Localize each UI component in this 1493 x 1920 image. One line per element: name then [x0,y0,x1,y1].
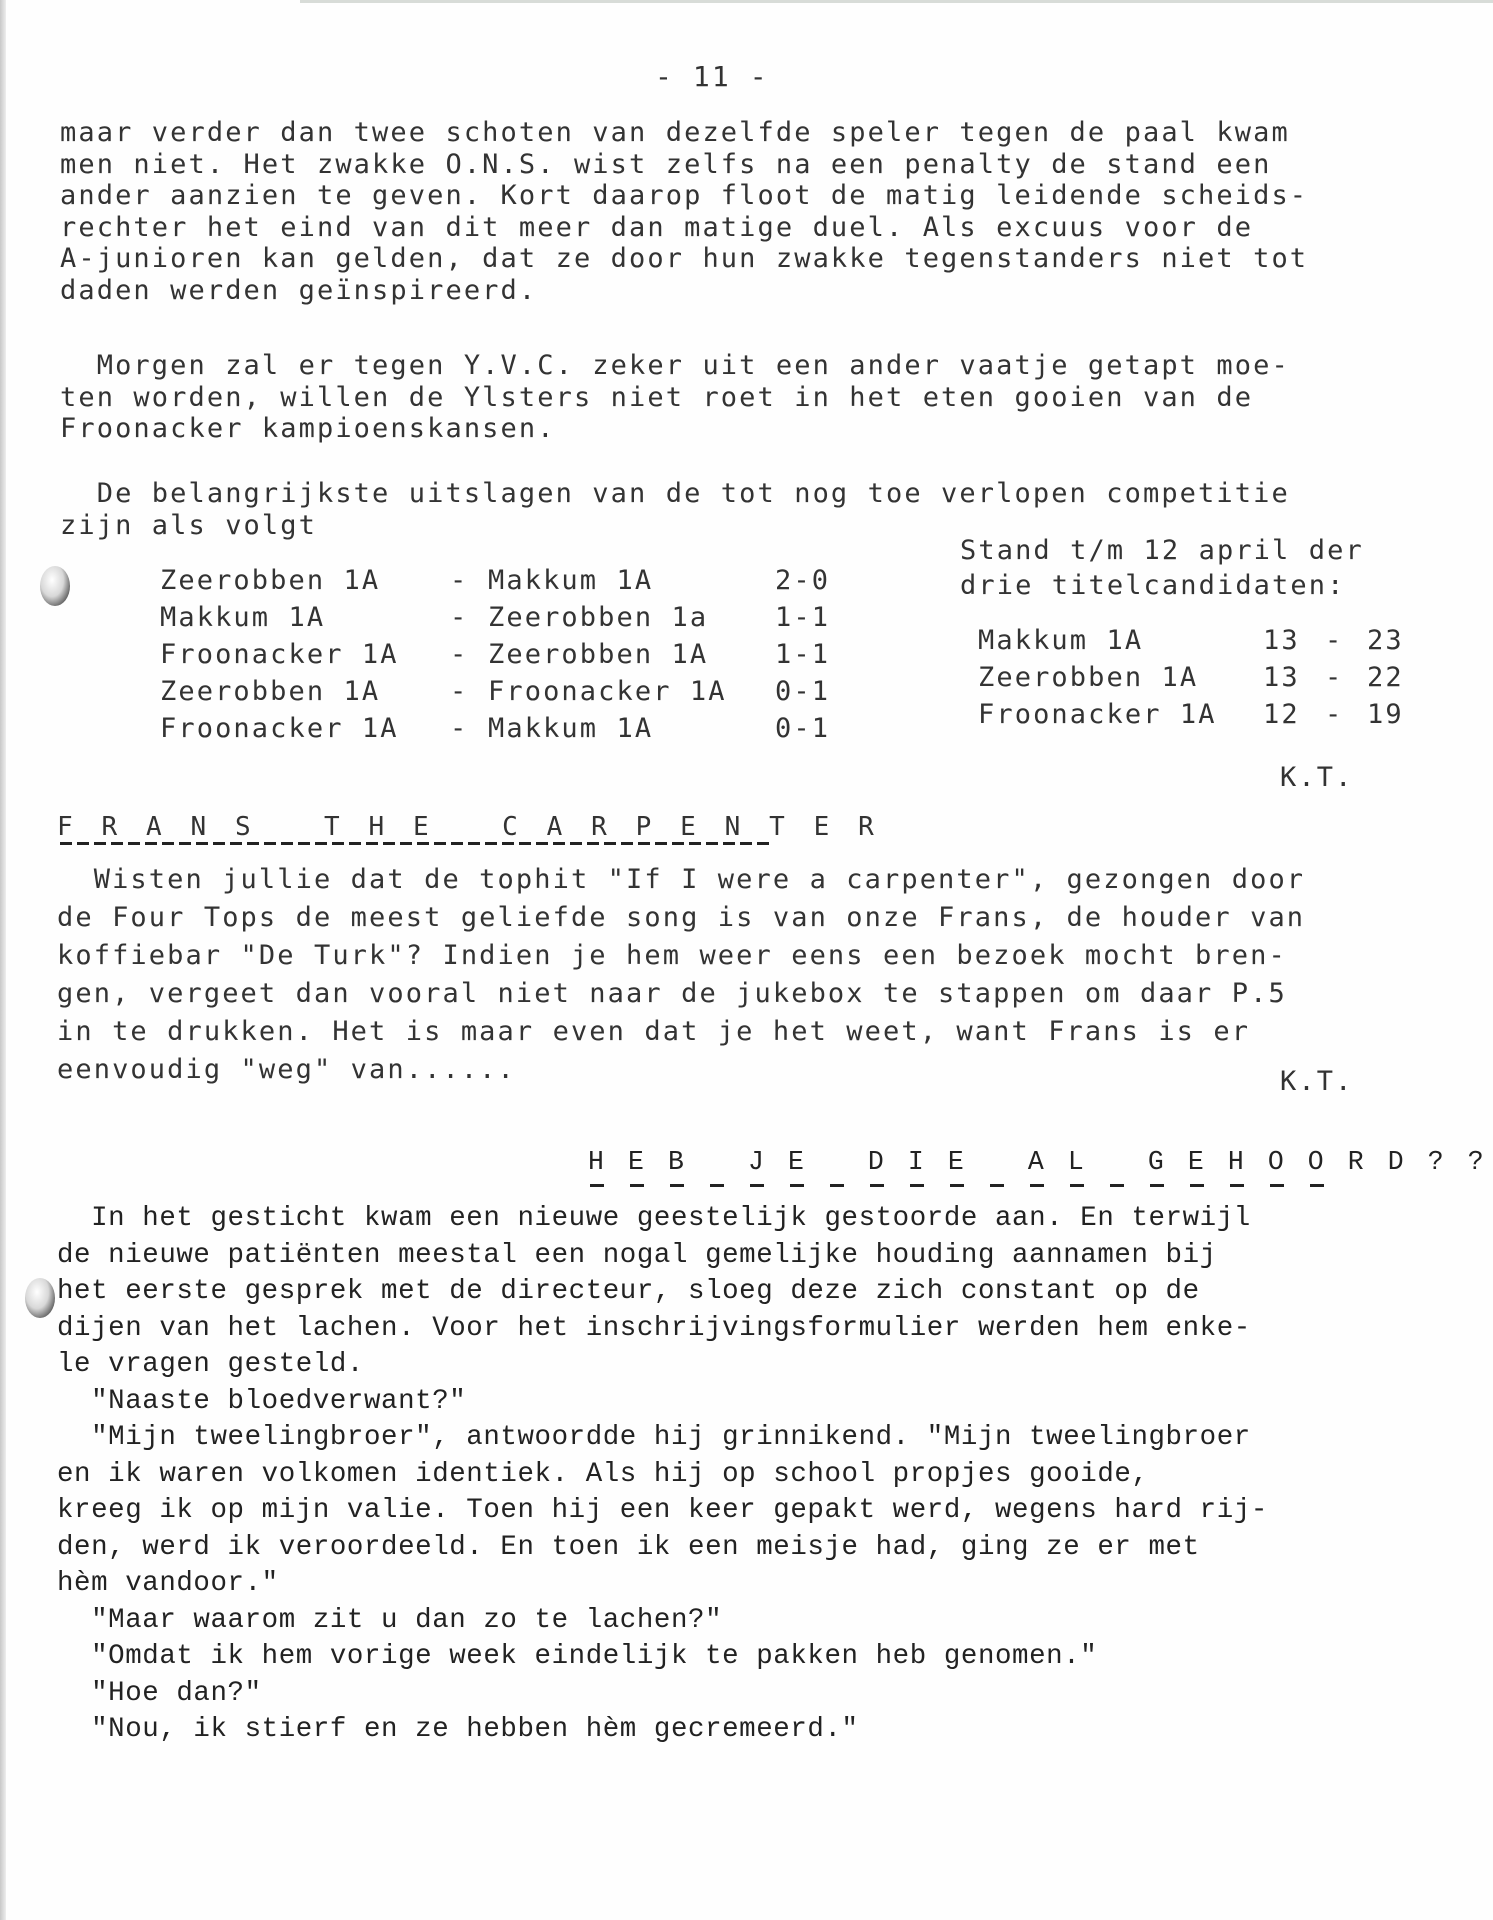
text-line: "Omdat ik hem vorige week eindelijk te p… [57,1641,1097,1672]
standings-played: 13 [1263,625,1300,656]
text-line: men niet. Het zwakke O.N.S. wist zelfs n… [60,149,1271,180]
text-line: de Four Tops de meest geliefde song is v… [57,902,1305,933]
result-away: Makkum 1A [488,713,653,744]
result-home: Zeerobben 1A [160,676,380,707]
standings-dash: - [1325,662,1343,693]
result-home: Zeerobben 1A [160,565,380,596]
text-line: "Mijn tweelingbroer", antwoordde hij gri… [57,1422,1251,1453]
text-line: In het gesticht kwam een nieuwe geesteli… [57,1203,1251,1234]
standings-played: 13 [1263,662,1300,693]
result-dash: - [450,602,468,633]
text-line: ander aanzien te geven. Kort daarop floo… [60,180,1308,211]
result-away: Froonacker 1A [488,676,727,707]
result-away: Zeerobben 1a [488,602,708,633]
result-score: 1-1 [775,602,830,633]
text-line: rechter het eind van dit meer dan matige… [60,212,1253,243]
text-line: de nieuwe patiënten meestal een nogal ge… [57,1240,1217,1271]
text-line: daden werden geïnspireerd. [60,275,537,306]
punch-hole-top [40,566,70,606]
standings-team: Froonacker 1A [978,699,1217,730]
standings-points: 19 [1367,699,1404,730]
text-line: Morgen zal er tegen Y.V.C. zeker uit een… [60,350,1290,381]
result-score: 2-0 [775,565,830,596]
joke-heading-underline [590,1184,1350,1187]
text-line: hèm vandoor." [57,1568,279,1599]
result-dash: - [450,676,468,707]
text-line: in te drukken. Het is maar even dat je h… [57,1016,1250,1047]
standings-points: 22 [1367,662,1404,693]
text-line: ten worden, willen de Ylsters niet roet … [60,382,1253,413]
frans-heading: F R A N S T H E C A R P E N T E R [57,812,880,842]
result-score: 1-1 [775,639,830,670]
standings-title-line: Stand t/m 12 april der [960,535,1364,566]
standings-points: 23 [1367,625,1404,656]
football-signature: K.T. [1280,762,1353,793]
text-line: Froonacker kampioenskansen. [60,413,556,444]
text-line: A-junioren kan gelden, dat ze door hun z… [60,243,1308,274]
text-line: "Maar waarom zit u dan zo te lachen?" [57,1605,722,1636]
text-line: koffiebar "De Turk"? Indien je hem weer … [57,940,1287,971]
text-line: Wisten jullie dat de tophit "If I were a… [57,864,1305,895]
result-score: 0-1 [775,676,830,707]
standings-team: Makkum 1A [978,625,1143,656]
standings-title-line: drie titelcandidaten: [960,570,1345,601]
text-line: De belangrijkste uitslagen van de tot no… [60,478,1290,509]
result-away: Zeerobben 1A [488,639,708,670]
standings-dash: - [1325,699,1343,730]
frans-signature: K.T. [1280,1066,1353,1097]
page-top-edge [300,0,1493,3]
standings-dash: - [1325,625,1343,656]
result-dash: - [450,713,468,744]
standings-played: 12 [1263,699,1300,730]
text-line: eenvoudig "weg" van...... [57,1054,516,1085]
text-line: het eerste gesprek met de directeur, slo… [57,1276,1200,1307]
result-home: Froonacker 1A [160,639,399,670]
text-line: maar verder dan twee schoten van dezelfd… [60,117,1290,148]
frans-heading-underline [60,842,772,845]
text-line: den, werd ik veroordeeld. En toen ik een… [57,1532,1200,1563]
text-line: en ik waren volkomen identiek. Als hij o… [57,1459,1149,1490]
punch-hole-bottom [25,1278,55,1318]
text-line: "Naaste bloedverwant?" [57,1386,466,1417]
page-number: - 11 - [655,60,769,93]
text-line: gen, vergeet dan vooral niet naar de juk… [57,978,1287,1009]
text-line: kreeg ik op mijn valie. Toen hij een kee… [57,1495,1268,1526]
text-line: zijn als volgt [60,510,317,541]
result-score: 0-1 [775,713,830,744]
result-home: Froonacker 1A [160,713,399,744]
result-dash: - [450,639,468,670]
text-line: "Hoe dan?" [57,1678,262,1709]
result-home: Makkum 1A [160,602,325,633]
text-line: "Nou, ik stierf en ze hebben hèm gecreme… [57,1714,859,1745]
text-line: dijen van het lachen. Voor het inschrijv… [57,1313,1251,1344]
page-edge [0,0,6,1920]
result-away: Makkum 1A [488,565,653,596]
result-dash: - [450,565,468,596]
text-line: le vragen gesteld. [57,1349,364,1380]
standings-team: Zeerobben 1A [978,662,1198,693]
joke-heading: H E B J E D I E A L G E H O O R D ? ? [588,1148,1488,1178]
